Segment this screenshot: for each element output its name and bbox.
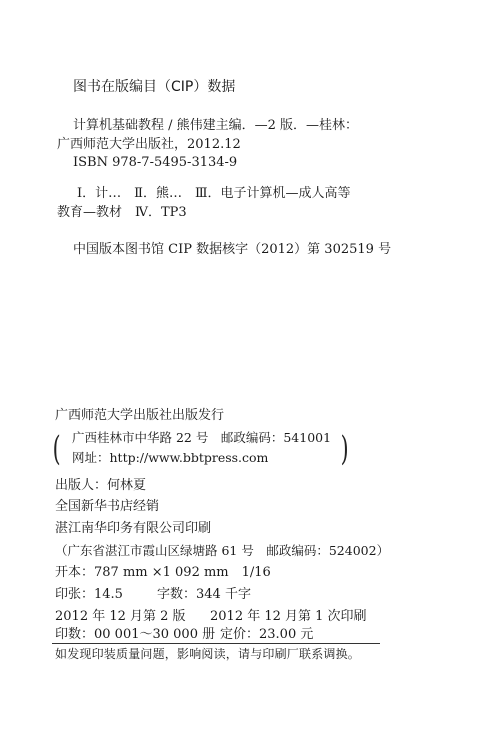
- publisher-address: 广西桂林市中华路 22 号 邮政编码：541001: [72, 430, 331, 446]
- issued-by: 广西师范大学出版社出版发行: [55, 408, 224, 424]
- printer: 湛江南华印务有限公司印刷: [55, 521, 211, 537]
- publisher-website: 网址：http://www.bbtpress.com: [72, 450, 268, 466]
- right-bracket: ): [341, 432, 349, 466]
- distributor: 全国新华书店经销: [55, 499, 159, 515]
- divider-rule: [52, 643, 380, 644]
- left-bracket: (: [53, 432, 61, 466]
- word-count: 字数：344 千字: [157, 587, 251, 603]
- format: 开本：787 mm ×1 092 mm 1/16: [55, 565, 271, 581]
- printing: 2012 年 12 月第 1 次印刷: [210, 609, 367, 625]
- cip-subjects-line2: 教育—教材 Ⅳ．TP3: [57, 205, 187, 221]
- sheets: 印张：14.5: [55, 587, 123, 603]
- isbn: ISBN 978-7-5495-3134-9: [73, 155, 237, 171]
- cip-title: 图书在版编目（CIP）数据: [73, 79, 235, 95]
- cip-record-number: 中国版本图书馆 CIP 数据核字（2012）第 302519 号: [73, 242, 391, 258]
- publisher-person: 出版人：何林夏: [55, 478, 146, 494]
- cip-subjects-line1: Ⅰ．计… Ⅱ．熊… Ⅲ．电子计算机—成人高等: [77, 186, 351, 202]
- cip-entry-line2: 广西师范大学出版社，2012.12: [57, 137, 241, 153]
- edition: 2012 年 12 月第 2 版: [55, 609, 186, 625]
- quality-notice: 如发现印装质量问题，影响阅读，请与印刷厂联系调换。: [55, 646, 360, 662]
- print-run: 印数：00 001～30 000 册: [55, 627, 215, 643]
- price: 定价：23.00 元: [220, 627, 313, 643]
- cip-entry-line1: 计算机基础教程 / 熊伟建主编．—2 版．—桂林：: [73, 118, 358, 134]
- printer-address: （广东省湛江市霞山区绿塘路 61 号 邮政编码：524002）: [55, 543, 389, 559]
